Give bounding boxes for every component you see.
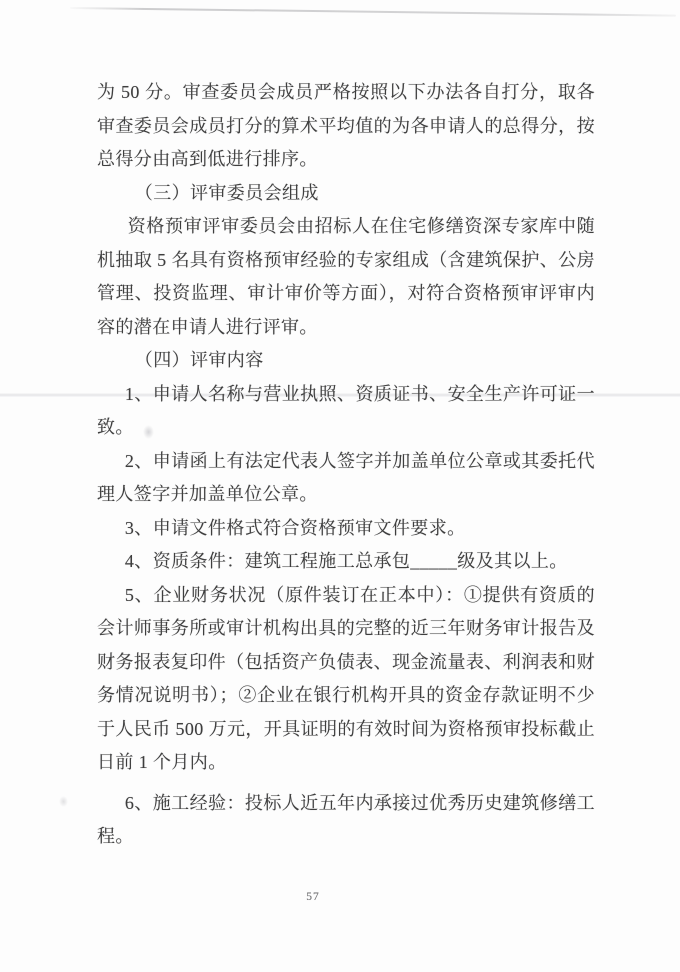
paragraph: 4、资质条件：建筑工程施工总承包_____级及其以上。 (97, 545, 595, 579)
paragraph: 资格预审评审委员会由招标人在住宅修缮资深专家库中随机抽取 5 名具有资格预审经验… (97, 210, 595, 344)
paragraph: 1、申请人名称与营业执照、资质证书、安全生产许可证一致。 (97, 378, 595, 445)
paragraph: 5、企业财务状况（原件装订在正本中）：①提供有资质的会计师事务所或审计机构出具的… (97, 579, 595, 780)
scan-smudge-artifact (59, 796, 68, 807)
document-body: 为 50 分。审查委员会成员严格按照以下办法各自打分，取各审查委员会成员打分的算… (97, 76, 595, 854)
paragraph: 6、施工经验：投标人近五年内承接过优秀历史建筑修缮工程。 (97, 787, 595, 854)
page-number: 57 (0, 891, 626, 903)
document-page: 为 50 分。审查委员会成员严格按照以下办法各自打分，取各审查委员会成员打分的算… (0, 0, 680, 972)
scan-edge-line-artifact (70, 7, 676, 16)
paragraph: 为 50 分。审查委员会成员严格按照以下办法各自打分，取各审查委员会成员打分的算… (97, 76, 595, 177)
paragraph: 2、申请函上有法定代表人签字并加盖单位公章或其委托代理人签字并加盖单位公章。 (97, 445, 595, 512)
paragraph: （四）评审内容 (97, 344, 595, 378)
paragraph: （三）评审委员会组成 (97, 177, 595, 211)
paragraph: 3、申请文件格式符合资格预审文件要求。 (97, 512, 595, 546)
